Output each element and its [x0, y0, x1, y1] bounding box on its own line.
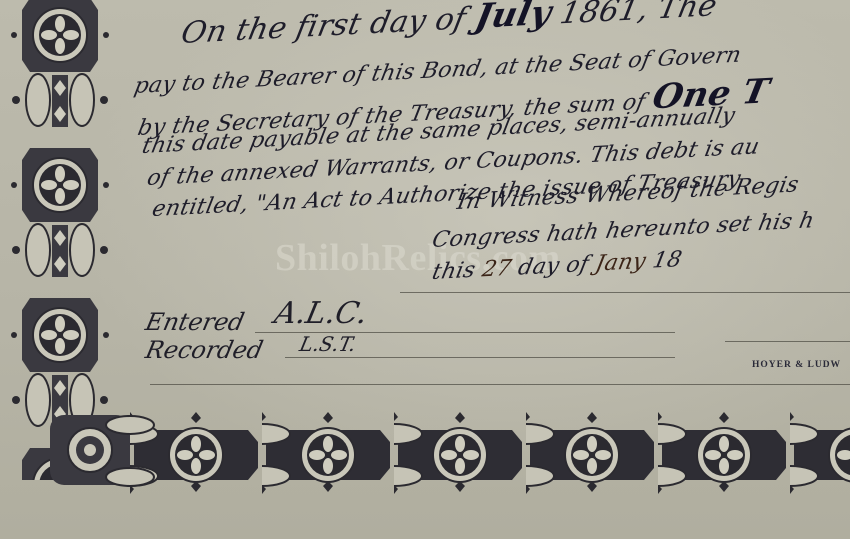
recorded-label: Recorded — [143, 336, 266, 364]
ornamental-border-bottom — [130, 408, 850, 498]
line-text-after: 18 — [643, 247, 684, 274]
bottom-rule — [150, 384, 850, 385]
recorded-rule — [285, 357, 675, 358]
line-text-mid: day of — [509, 252, 599, 281]
printer-imprint: HOYER & LUDW — [752, 360, 841, 370]
line-text-after: 1861, The — [547, 0, 720, 32]
line-text: this — [430, 257, 485, 285]
bond-line-1: On the first day of July 1861, The — [178, 0, 721, 52]
entered-label: Entered — [143, 308, 247, 336]
line-text: On the first day of — [178, 1, 479, 51]
filled-month: July — [472, 0, 555, 37]
recorded-initials: L.S.T. — [297, 332, 358, 356]
filled-month-jan: Jany — [593, 249, 648, 277]
date-rule — [400, 292, 850, 293]
ornamental-corner — [20, 395, 155, 500]
entered-initials: A.L.C. — [271, 296, 371, 331]
bond-line-8: Congress hath hereunto set his h — [430, 208, 816, 253]
signature-rule — [725, 341, 850, 342]
